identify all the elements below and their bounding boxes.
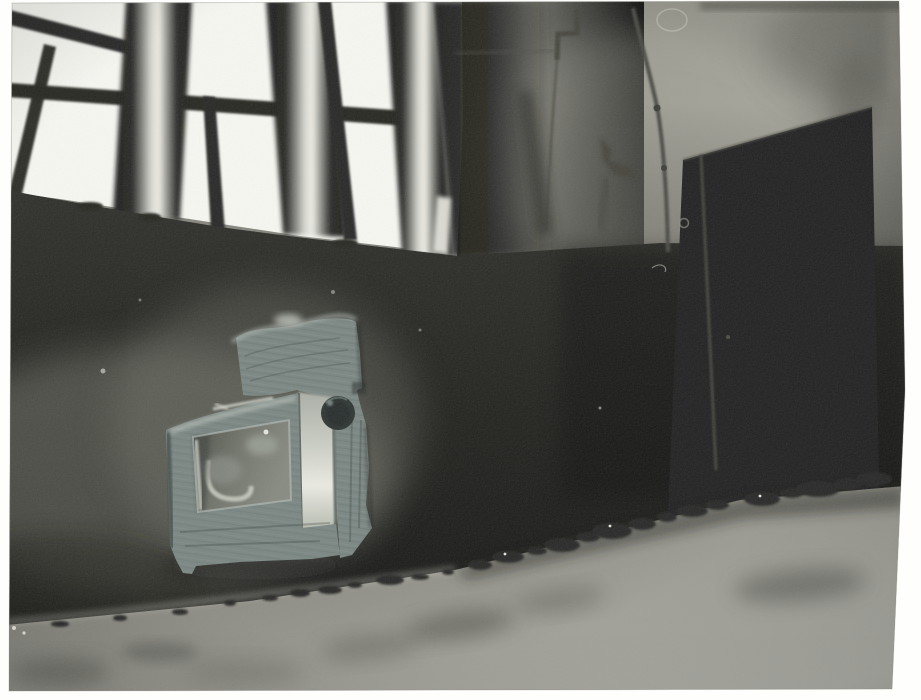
photo-canvas: [0, 0, 921, 700]
photo-area: [0, 0, 921, 700]
photograph: [0, 0, 921, 700]
film-grain: [0, 0, 921, 700]
